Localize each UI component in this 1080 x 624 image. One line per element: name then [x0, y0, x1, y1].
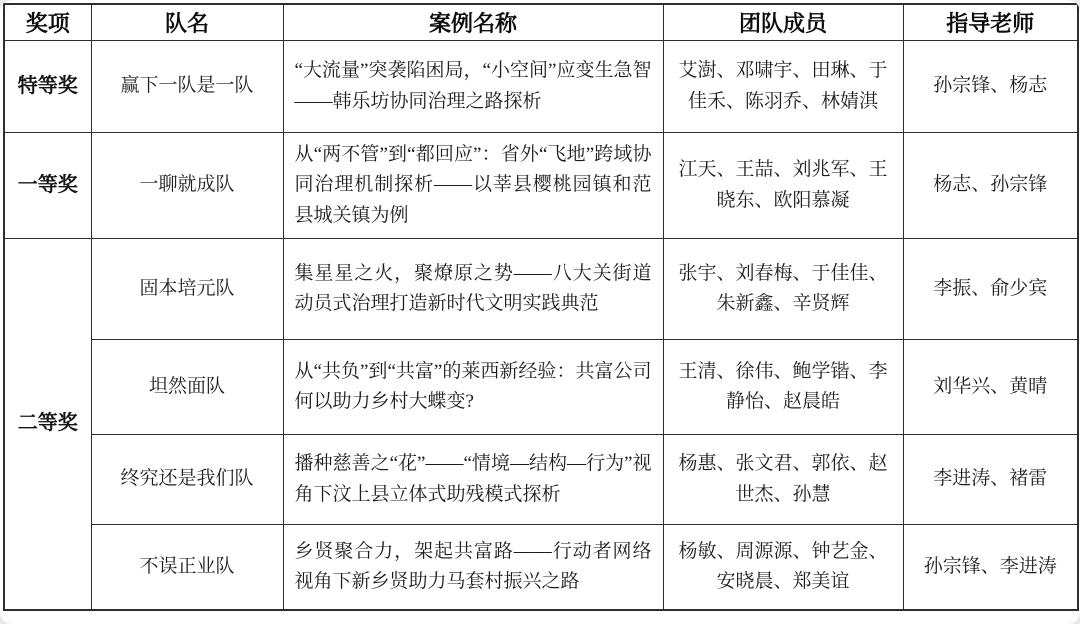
col-header-team: 队名 — [91, 4, 283, 41]
col-header-case: 案例名称 — [283, 4, 663, 41]
case-title-cell: 播种慈善之“花”——“情境—结构—行为”视角下汶上县立体式助残模式探析 — [283, 435, 663, 525]
award-cell-special-prize: 特等奖 — [4, 41, 91, 133]
col-header-award: 奖项 — [4, 4, 91, 41]
advisors-cell: 孙宗锋、李进涛 — [903, 525, 1078, 610]
table-row: 特等奖 赢下一队是一队 “大流量”突袭陷困局，“小空间”应变生急智——韩乐坊协同… — [4, 41, 1078, 133]
members-cell: 王清、徐伟、鲍学锴、李静怡、赵晨皓 — [663, 340, 903, 435]
table-row: 不误正业队 乡贤聚合力，架起共富路——行动者网络视角下新乡贤助力马套村振兴之路 … — [4, 525, 1078, 610]
table-row: 一等奖 一聊就成队 从“两不管”到“都回应”：省外“飞地”跨域协同治理机制探析—… — [4, 133, 1078, 239]
advisors-cell: 杨志、孙宗锋 — [903, 133, 1078, 239]
advisors-cell: 李振、俞少宾 — [903, 239, 1078, 340]
col-header-members: 团队成员 — [663, 4, 903, 41]
members-cell: 艾澍、邓啸宇、田琳、于佳禾、陈羽乔、林婧淇 — [663, 41, 903, 133]
awards-table: 奖项 队名 案例名称 团队成员 指导老师 特等奖 赢下一队是一队 “大流量”突袭… — [3, 3, 1079, 611]
awards-table-page: 奖项 队名 案例名称 团队成员 指导老师 特等奖 赢下一队是一队 “大流量”突袭… — [0, 0, 1080, 624]
table-row: 二等奖 固本培元队 集星星之火，聚燎原之势——八大关街道动员式治理打造新时代文明… — [4, 239, 1078, 340]
header-row: 奖项 队名 案例名称 团队成员 指导老师 — [4, 4, 1078, 41]
members-cell: 江天、王喆、刘兆军、王晓东、欧阳慕凝 — [663, 133, 903, 239]
team-name-cell: 一聊就成队 — [91, 133, 283, 239]
award-cell-second-prize: 二等奖 — [4, 239, 91, 610]
advisors-cell: 李进涛、褚雷 — [903, 435, 1078, 525]
case-title-cell: “大流量”突袭陷困局，“小空间”应变生急智——韩乐坊协同治理之路探析 — [283, 41, 663, 133]
advisors-cell: 刘华兴、黄晴 — [903, 340, 1078, 435]
award-cell-first-prize: 一等奖 — [4, 133, 91, 239]
members-cell: 杨惠、张文君、郭依、赵世杰、孙慧 — [663, 435, 903, 525]
table-row: 终究还是我们队 播种慈善之“花”——“情境—结构—行为”视角下汶上县立体式助残模… — [4, 435, 1078, 525]
members-cell: 杨敏、周源源、钟艺金、安晓晨、郑美谊 — [663, 525, 903, 610]
team-name-cell: 固本培元队 — [91, 239, 283, 340]
col-header-advisors: 指导老师 — [903, 4, 1078, 41]
team-name-cell: 坦然面队 — [91, 340, 283, 435]
team-name-cell: 不误正业队 — [91, 525, 283, 610]
case-title-cell: 集星星之火，聚燎原之势——八大关街道动员式治理打造新时代文明实践典范 — [283, 239, 663, 340]
case-title-cell: 乡贤聚合力，架起共富路——行动者网络视角下新乡贤助力马套村振兴之路 — [283, 525, 663, 610]
members-cell: 张宇、刘春梅、于佳佳、朱新鑫、辛贤辉 — [663, 239, 903, 340]
table-row: 坦然面队 从“共负”到“共富”的莱西新经验：共富公司何以助力乡村大蝶变? 王清、… — [4, 340, 1078, 435]
advisors-cell: 孙宗锋、杨志 — [903, 41, 1078, 133]
case-title-cell: 从“两不管”到“都回应”：省外“飞地”跨域协同治理机制探析——以莘县樱桃园镇和范… — [283, 133, 663, 239]
team-name-cell: 赢下一队是一队 — [91, 41, 283, 133]
team-name-cell: 终究还是我们队 — [91, 435, 283, 525]
case-title-cell: 从“共负”到“共富”的莱西新经验：共富公司何以助力乡村大蝶变? — [283, 340, 663, 435]
